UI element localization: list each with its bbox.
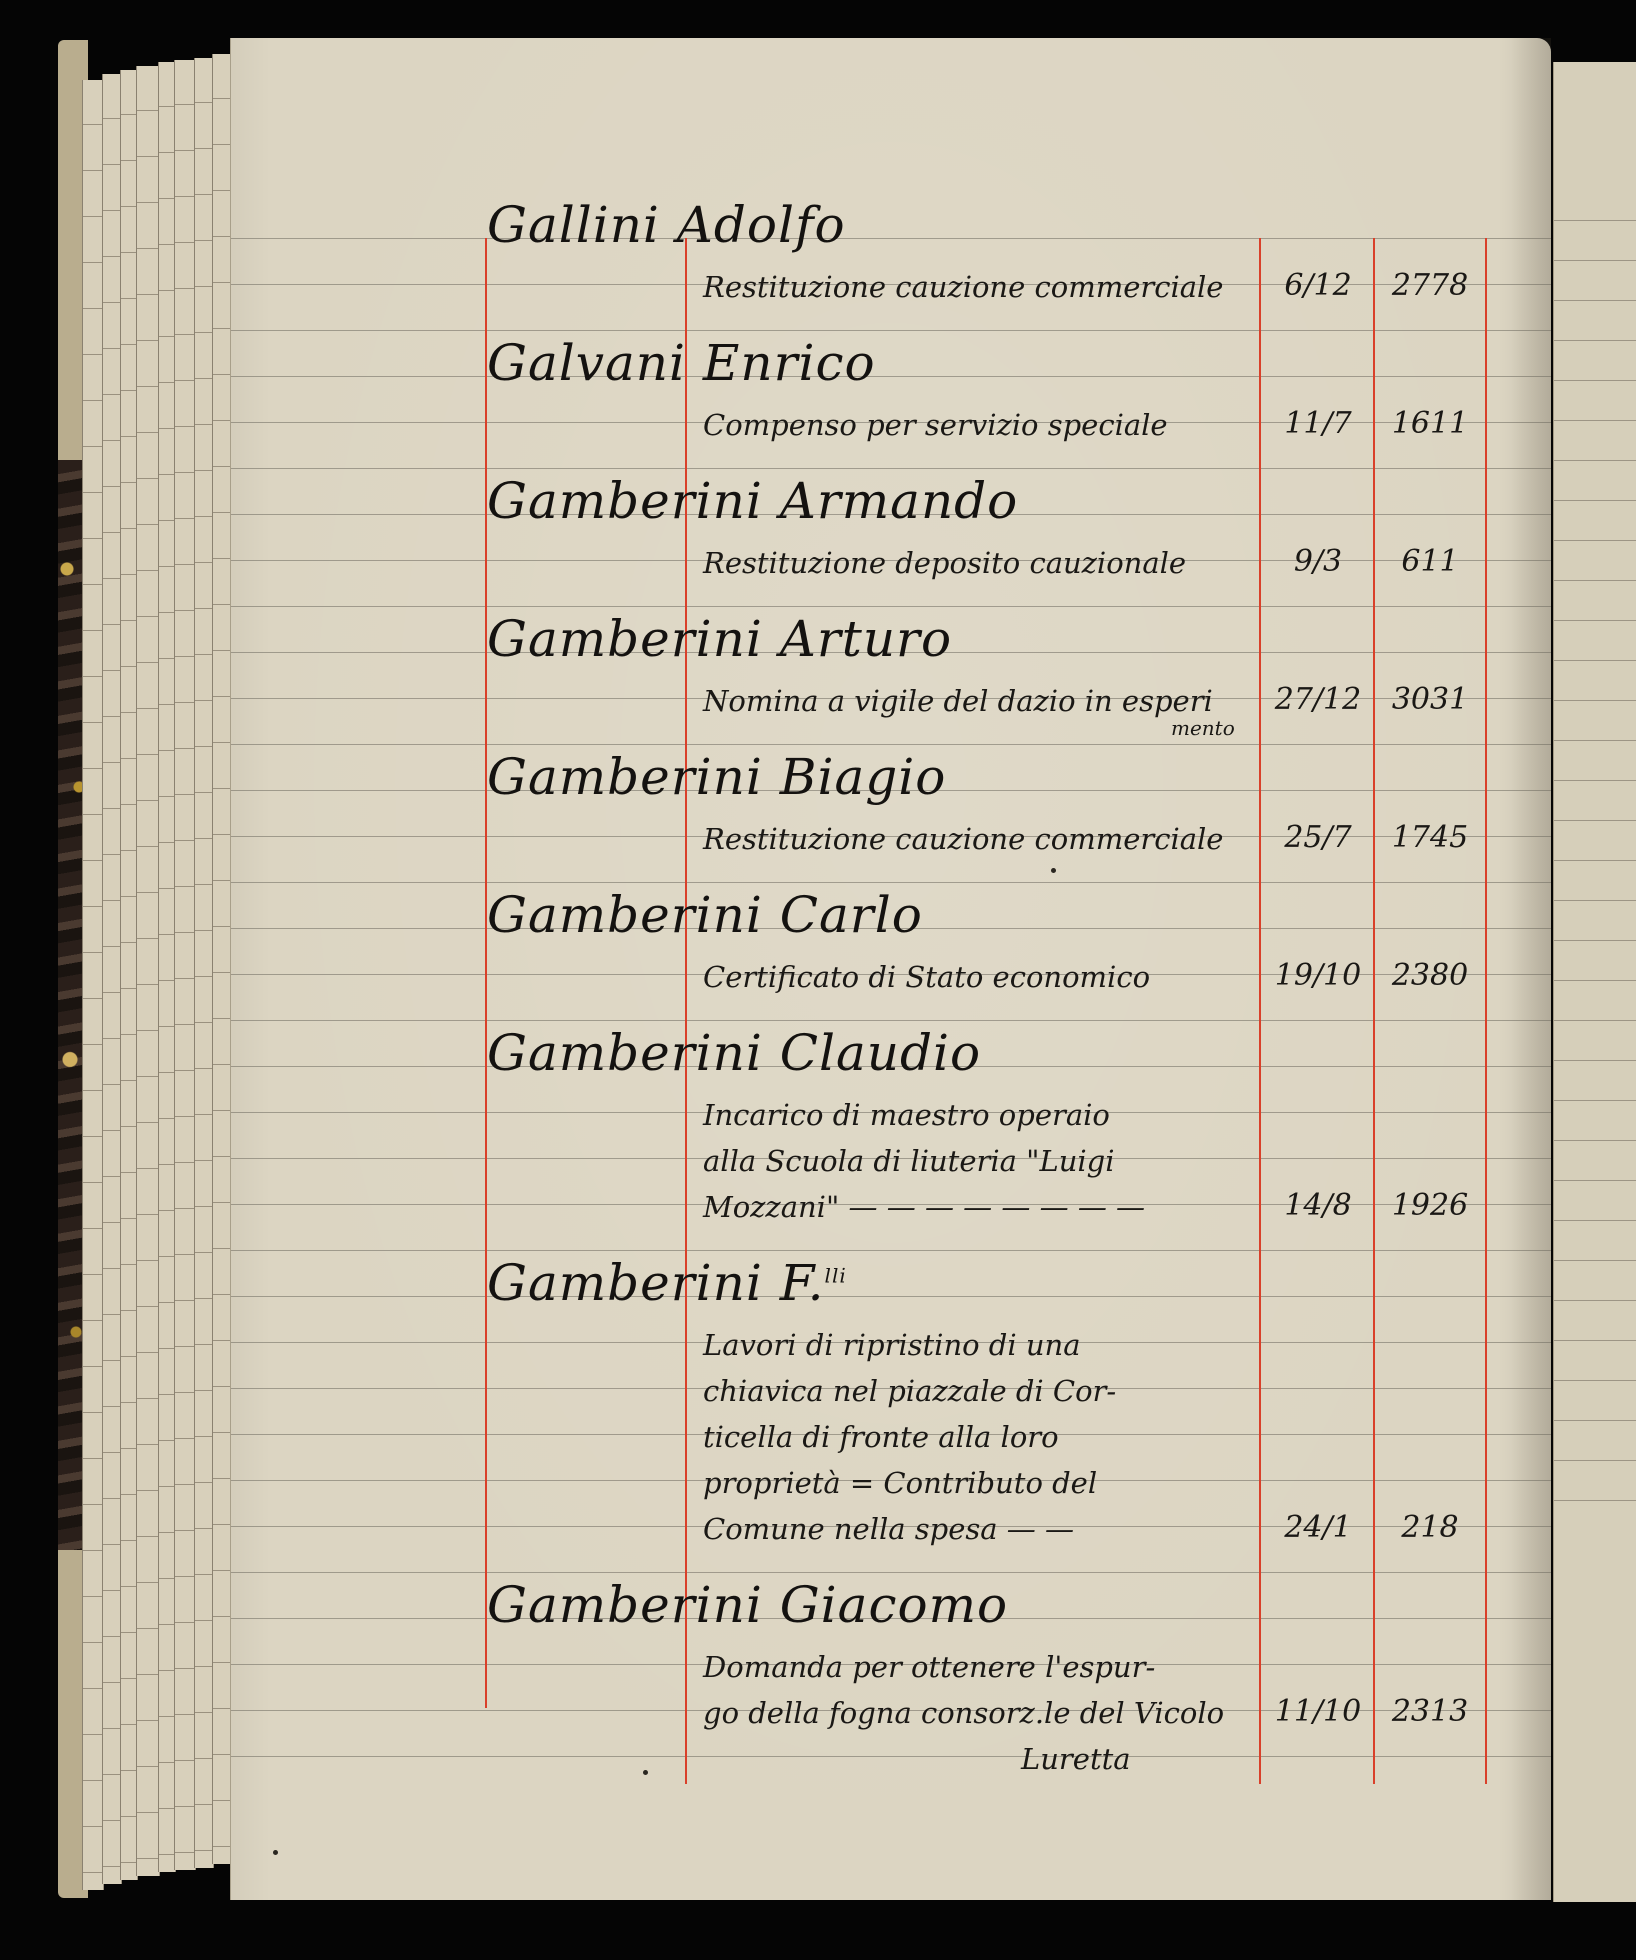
ink-speck <box>643 1770 648 1775</box>
entry-description: Restituzione cauzione commerciale <box>703 822 1223 856</box>
entry-date: 24/1 <box>1263 1510 1373 1545</box>
entry-number: 1926 <box>1375 1188 1485 1223</box>
ruled-line <box>231 1572 1551 1573</box>
entry-name: Gamberini Giacomo <box>487 1576 1008 1634</box>
ruled-line <box>231 1296 1551 1297</box>
entry-description: proprietà = Contributo del <box>703 1466 1097 1500</box>
column-rule-left-margin <box>485 238 487 1708</box>
page-edge <box>174 60 196 1870</box>
entry-date: 6/12 <box>1263 268 1373 303</box>
entry-date: 11/10 <box>1263 1694 1373 1729</box>
entry-description: alla Scuola di liuteria "Luigi <box>703 1144 1115 1178</box>
entry-description: Incarico di maestro operaio <box>703 1098 1110 1132</box>
entry-description: go della fogna consorz.le del Vicolo <box>703 1696 1224 1730</box>
entry-name: Galvani Enrico <box>487 334 876 392</box>
page-edge <box>102 74 122 1884</box>
ruled-line <box>231 1020 1551 1021</box>
entry-name: Gamberini F.lli <box>487 1254 847 1312</box>
entry-description: Compenso per servizio speciale <box>703 408 1168 442</box>
ledger-page: Gallini Adolfo Restituzione cauzione com… <box>230 38 1551 1900</box>
entry-name: Gamberini Armando <box>487 472 1018 530</box>
entry-description: chiavica nel piazzale di Cor- <box>703 1374 1116 1408</box>
page-edge <box>82 80 104 1890</box>
ruled-line <box>231 882 1551 883</box>
entry-name: Gallini Adolfo <box>487 196 846 254</box>
entry-date: 9/3 <box>1263 544 1373 579</box>
entry-number: 1745 <box>1375 820 1485 855</box>
entry-name: Gamberini Claudio <box>487 1024 981 1082</box>
column-rule-right <box>1485 238 1487 1784</box>
page-edge <box>136 66 160 1876</box>
entry-date: 19/10 <box>1263 958 1373 993</box>
ruled-line <box>231 1250 1551 1251</box>
entry-name: Gamberini Arturo <box>487 610 952 668</box>
page-edge <box>194 58 214 1868</box>
entry-date: 11/7 <box>1263 406 1373 441</box>
entry-description-continuation: Luretta <box>1021 1742 1131 1776</box>
ruled-line <box>231 606 1551 607</box>
ruled-line <box>231 1756 1551 1757</box>
entry-name: Gamberini Carlo <box>487 886 923 944</box>
gutter-shadow <box>1511 38 1551 1900</box>
entry-number: 218 <box>1375 1510 1485 1545</box>
ruled-line <box>231 468 1551 469</box>
entry-description: Restituzione deposito cauzionale <box>703 546 1186 580</box>
entry-description: Nomina a vigile del dazio in esperi <box>703 684 1213 718</box>
column-rule-subject <box>685 238 687 1784</box>
ruled-line <box>231 376 1551 377</box>
entry-description-continuation: mento <box>1171 716 1235 740</box>
entry-description: Mozzani" — — — — — — — — <box>703 1190 1145 1224</box>
entry-number: 611 <box>1375 544 1485 579</box>
column-rule-number <box>1373 238 1375 1784</box>
entry-description: Lavori di ripristino di una <box>703 1328 1081 1362</box>
facing-page-edge <box>1553 62 1636 1902</box>
entry-number: 2778 <box>1375 268 1485 303</box>
entry-description: Restituzione cauzione commerciale <box>703 270 1223 304</box>
entry-description: Comune nella spesa — — <box>703 1512 1074 1546</box>
entry-number: 1611 <box>1375 406 1485 441</box>
entry-description: Domanda per ottenere l'espur- <box>703 1650 1155 1684</box>
entry-description: ticella di fronte alla loro <box>703 1420 1059 1454</box>
ruled-line <box>231 330 1551 331</box>
ruled-line <box>231 238 1551 239</box>
entry-date: 27/12 <box>1263 682 1373 717</box>
entry-name: Gamberini Biagio <box>487 748 946 806</box>
entry-date: 25/7 <box>1263 820 1373 855</box>
entry-number: 3031 <box>1375 682 1485 717</box>
entry-description: Certificato di Stato economico <box>703 960 1150 994</box>
entry-date: 14/8 <box>1263 1188 1373 1223</box>
ink-speck <box>1051 868 1056 873</box>
ink-speck <box>273 1850 278 1855</box>
ruled-line <box>231 744 1551 745</box>
entry-number: 2380 <box>1375 958 1485 993</box>
entry-number: 2313 <box>1375 1694 1485 1729</box>
column-rule-date <box>1259 238 1261 1784</box>
